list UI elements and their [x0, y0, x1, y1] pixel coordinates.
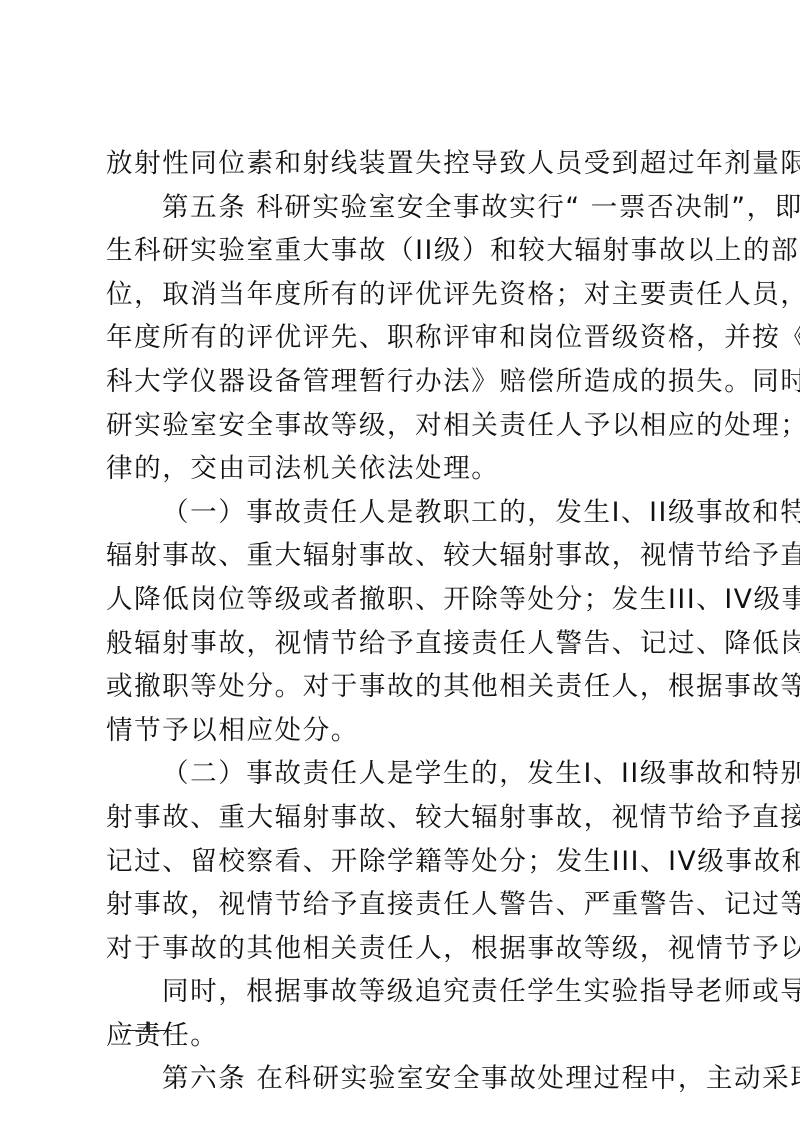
text-line: 生科研实验室重大事故（II级）和较大辐射事故以上的部门、单 [106, 229, 704, 273]
text-line: 同时，根据事故等级追究责任学生实验指导老师或导师的相 [106, 970, 704, 1014]
text-line: 研实验室安全事故等级，对相关责任人予以相应的处理；触犯法 [106, 404, 704, 448]
page-number: —4— [122, 1018, 172, 1041]
text-line: 年度所有的评优评先、职称评审和岗位晋级资格，并按《温州医 [106, 316, 704, 360]
text-line: 般辐射事故，视情节给予直接责任人警告、记过、降低岗位等级 [106, 622, 704, 666]
text-line: 射事故、重大辐射事故、较大辐射事故，视情节给予直接责任人 [106, 796, 704, 840]
text-line: （一）事故责任人是教职工的，发生I、II级事故和特别重大 [106, 491, 704, 535]
text-line: 对于事故的其他相关责任人，根据事故等级，视情节予以相应处分。 [106, 927, 704, 971]
text-line: 应责任。 [106, 1014, 704, 1058]
text-line: 第六条 在科研实验室安全事故处理过程中，主动采取有效 [106, 1057, 704, 1101]
text-line: 位，取消当年度所有的评优评先资格；对主要责任人员，取消当 [106, 273, 704, 317]
text-line: 射事故，视情节给予直接责任人警告、严重警告、记过等处分。 [106, 883, 704, 927]
text-line: 律的，交由司法机关依法处理。 [106, 447, 704, 491]
document-body: 放射性同位素和射线装置失控导致人员受到超过年剂量限值的照射。 第五条 科研实验室… [106, 142, 704, 1101]
text-line: 人降低岗位等级或者撤职、开除等处分；发生III、IV级事故和一 [106, 578, 704, 622]
text-line: 或撤职等处分。对于事故的其他相关责任人，根据事故等级，视 [106, 665, 704, 709]
text-line: 科大学仪器设备管理暂行办法》赔偿所造成的损失。同时根据科 [106, 360, 704, 404]
document-page: 放射性同位素和射线装置失控导致人员受到超过年剂量限值的照射。 第五条 科研实验室… [0, 0, 800, 1132]
text-line: 情节予以相应处分。 [106, 709, 704, 753]
text-line: （二）事故责任人是学生的，发生I、II级事故和特别重大辐 [106, 752, 704, 796]
text-line: 辐射事故、重大辐射事故、较大辐射事故，视情节给予直接责任 [106, 534, 704, 578]
text-line: 记过、留校察看、开除学籍等处分；发生III、IV级事故和一般辐 [106, 840, 704, 884]
text-line: 放射性同位素和射线装置失控导致人员受到超过年剂量限值的照射。 [106, 142, 704, 186]
text-line: 第五条 科研实验室安全事故实行“ 一票否决制”，即对于发 [106, 186, 704, 230]
